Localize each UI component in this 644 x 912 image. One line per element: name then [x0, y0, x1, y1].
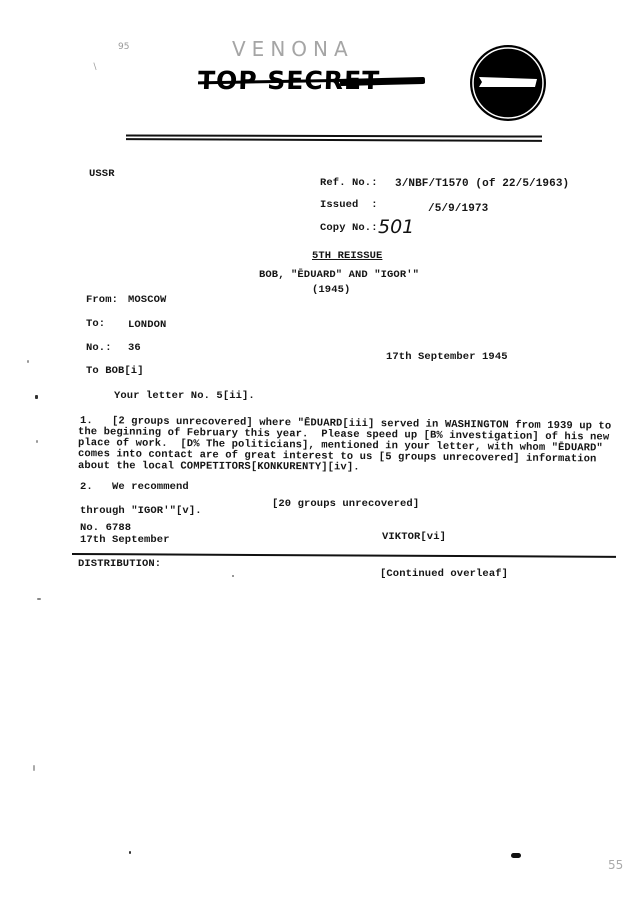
- header-rule-bottom: [126, 138, 542, 142]
- from-value: MOSCOW: [128, 294, 166, 306]
- country-label: USSR: [89, 168, 115, 180]
- continued-overleaf: [Continued overleaf]: [380, 568, 508, 580]
- scan-speck: [129, 851, 131, 854]
- paragraph-1-line: about the local COMPETITORS[KONKURENTY][…: [78, 460, 360, 473]
- top-secret-redaction-bar: [340, 77, 425, 86]
- footer-number: No. 6788: [80, 522, 131, 534]
- footer-date: 17th September: [80, 534, 170, 546]
- salutation: To BOB[i]: [86, 365, 144, 377]
- ref-label: Ref. No.:: [320, 177, 378, 189]
- ref-value: 3/NBF/T1570 (of 22/5/1963): [395, 178, 569, 190]
- to-value: LONDON: [128, 319, 166, 331]
- issued-value: /5/9/1973: [428, 203, 488, 215]
- scan-speck: [232, 575, 234, 577]
- signature: VIKTOR[vi]: [382, 531, 446, 543]
- scan-speck: [35, 395, 38, 399]
- paragraph-2-start: 2. We recommend: [80, 481, 189, 493]
- distribution-label: DISTRIBUTION:: [78, 558, 161, 570]
- subject-heading: BOB, "ĒDUARD" AND "IGOR'": [259, 269, 419, 281]
- page-mark: 95: [118, 42, 129, 52]
- to-label: To:: [86, 318, 105, 330]
- scan-speck: [37, 598, 41, 600]
- issued-label: Issued :: [320, 199, 378, 211]
- intro-line: Your letter No. 5[ii].: [114, 390, 255, 402]
- venona-stamp: VENONA: [232, 37, 354, 61]
- subject-year: (1945): [312, 284, 350, 296]
- page-number: 55: [608, 858, 623, 872]
- scan-blot: [511, 853, 521, 858]
- pen-mark: /: [91, 62, 99, 72]
- reissue-heading: 5TH REISSUE: [312, 250, 382, 262]
- no-entry-seal-icon: [469, 44, 547, 122]
- header-rule-top: [126, 134, 542, 137]
- scan-speck: [33, 765, 35, 771]
- from-label: From:: [86, 294, 118, 306]
- scan-speck: [36, 440, 38, 443]
- scan-speck: [27, 360, 29, 363]
- groups-unrecovered: [20 groups unrecovered]: [272, 498, 419, 510]
- message-date: 17th September 1945: [386, 351, 508, 363]
- copy-label: Copy No.:: [320, 222, 378, 234]
- number-value: 36: [128, 342, 141, 354]
- number-label: No.:: [86, 342, 112, 354]
- paragraph-2-end: through "IGOR'"[v].: [80, 505, 202, 517]
- copy-number: 501: [378, 216, 414, 238]
